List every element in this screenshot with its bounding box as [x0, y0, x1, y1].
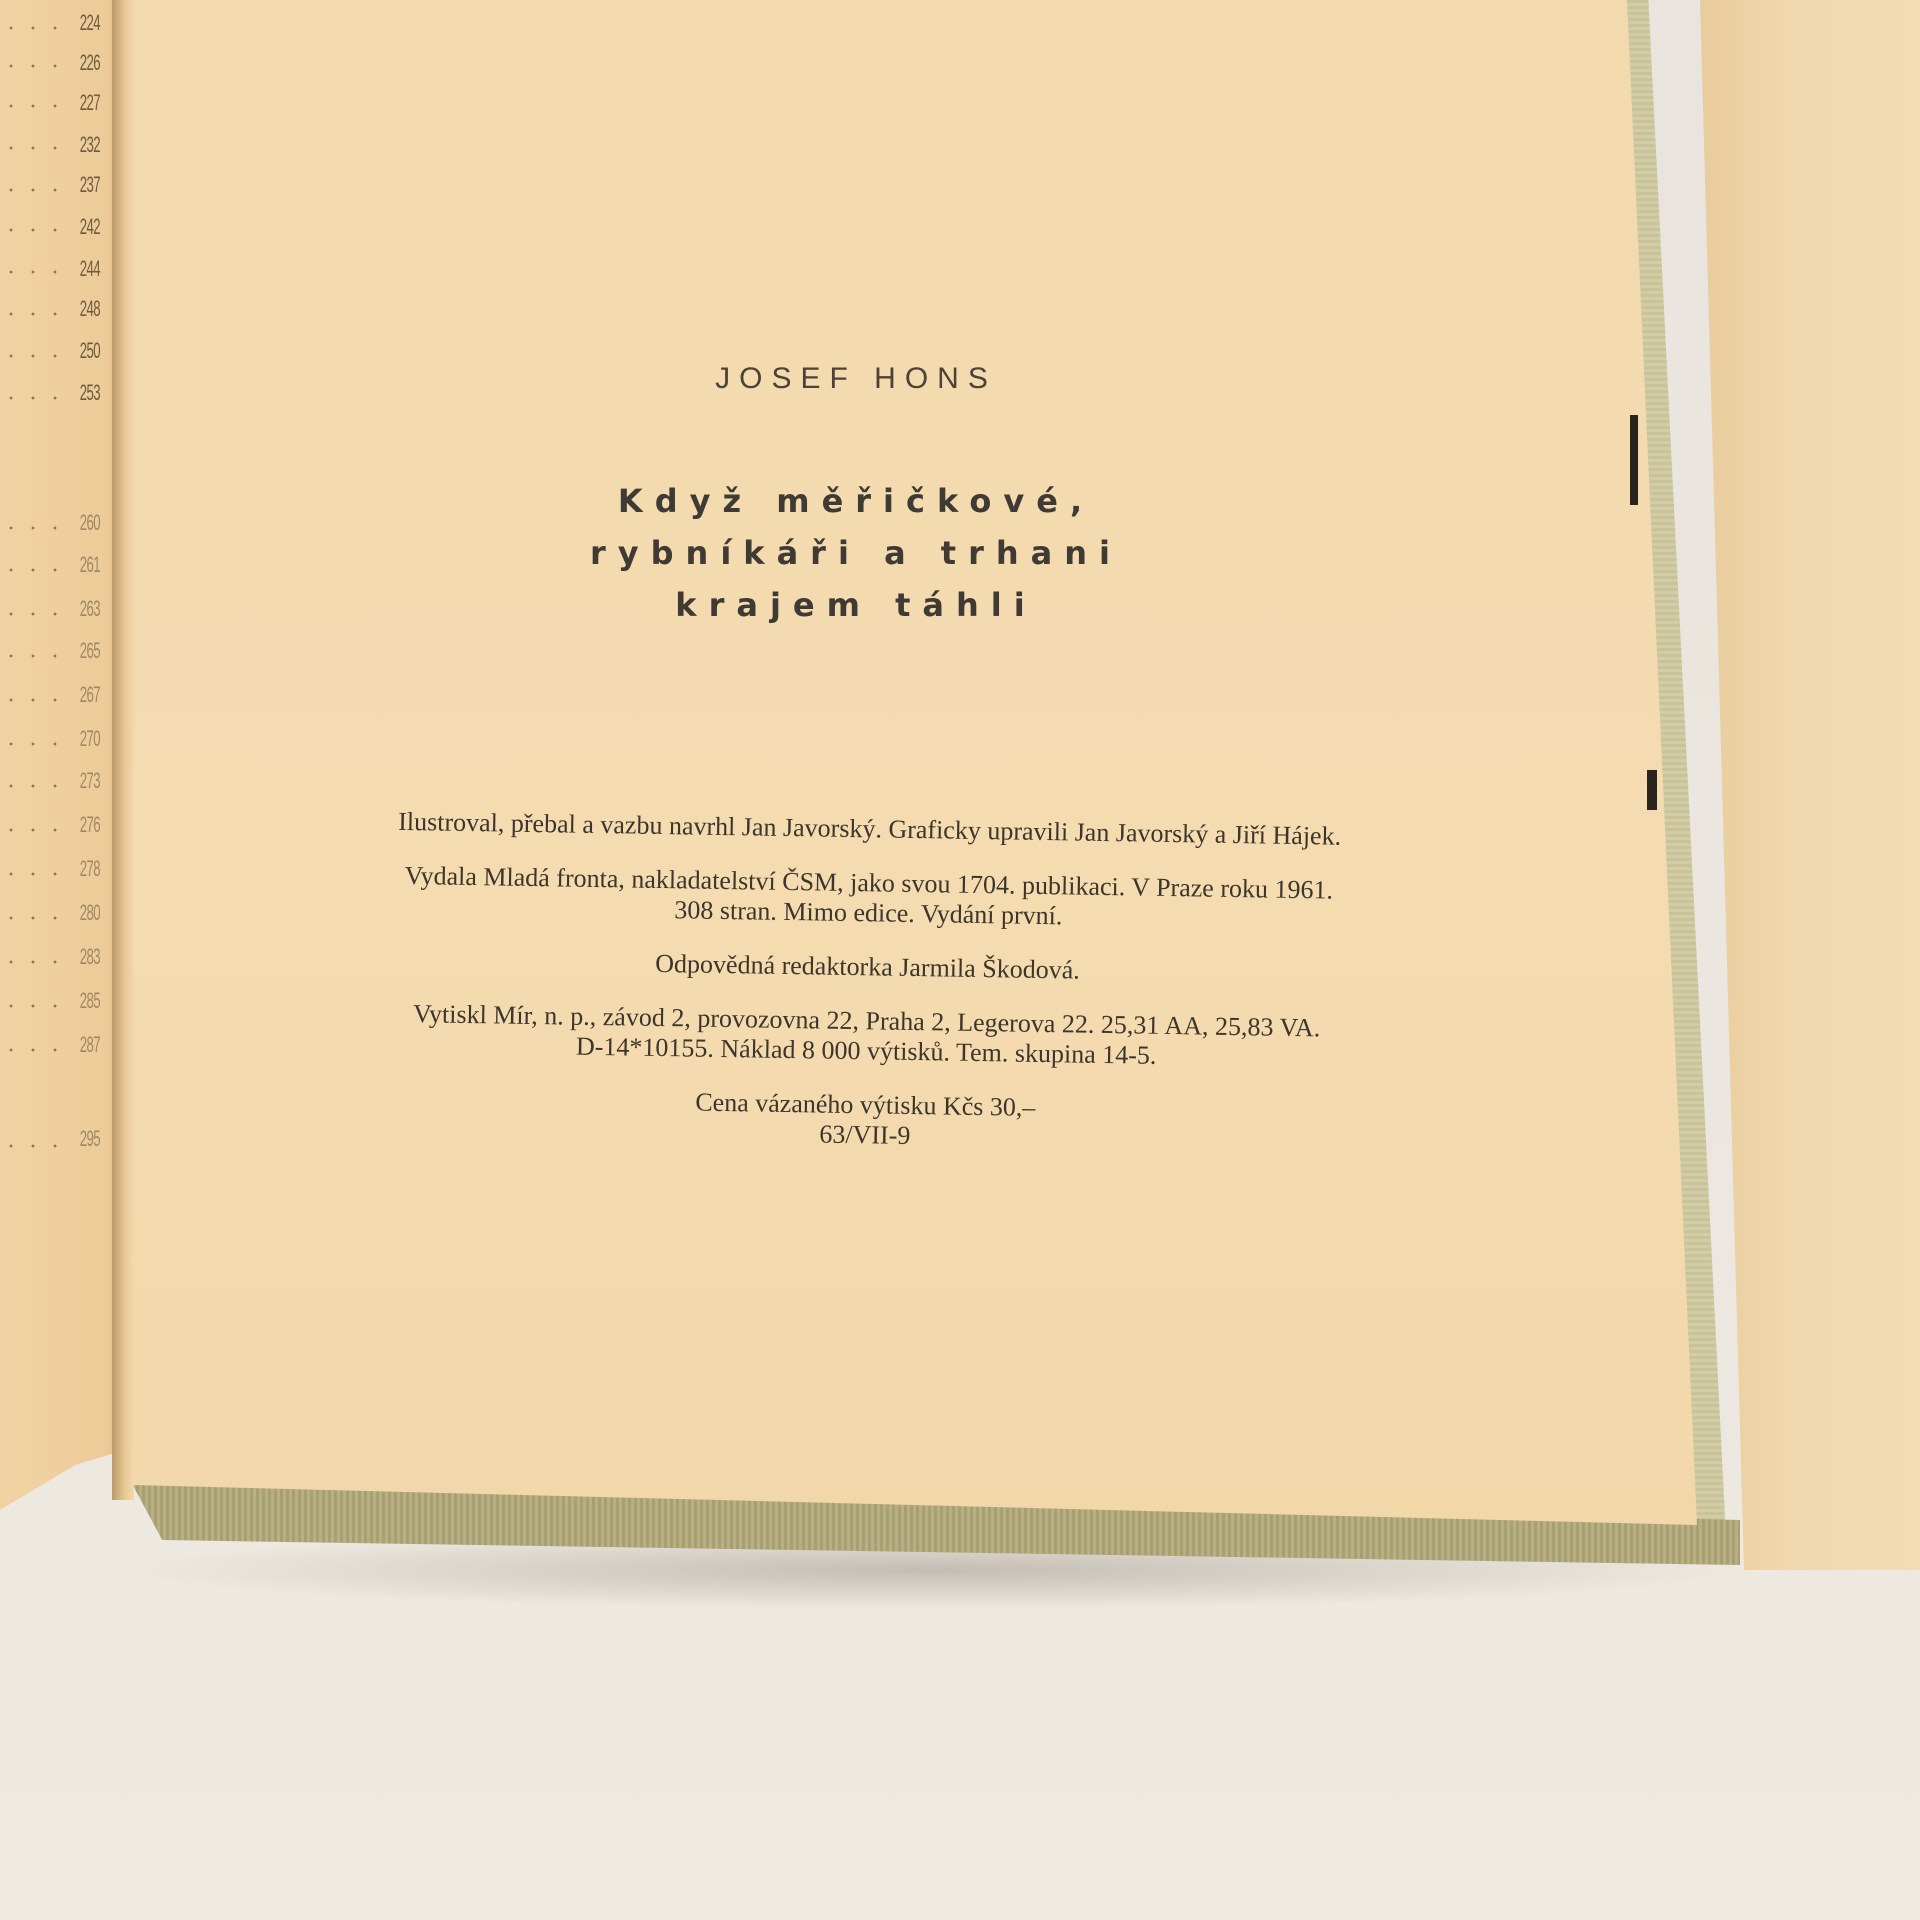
page-number: 273	[40, 768, 100, 798]
title-line: rybníkáři a trhani	[0, 527, 1712, 579]
page-number: 244	[40, 256, 100, 286]
title-line: Když měřičkové,	[0, 475, 1712, 527]
imprint-price-line1: Cena vázaného výtisku Kčs 30,–	[695, 1088, 1036, 1122]
page-number: 232	[40, 132, 100, 162]
book-photo: 224 226 227 232 237 242 244 248 250 253 …	[0, 0, 1920, 1920]
page-number: 237	[40, 172, 100, 202]
book-gutter	[112, 0, 134, 1500]
page-number: 295	[40, 1126, 100, 1156]
page-number: 276	[40, 812, 100, 842]
page-number: 265	[40, 638, 100, 668]
imprint-publisher: Vydala Mladá fronta, nakladatelství ČSM,…	[278, 859, 1459, 938]
imprint-price-line2: 63/VII-9	[819, 1120, 910, 1150]
imprint-block: Ilustroval, přebal a vazbu navrhl Jan Ja…	[274, 805, 1460, 1183]
imprint-price: Cena vázaného výtisku Kčs 30,– 63/VII-9	[275, 1081, 1456, 1160]
right-endpaper	[1700, 0, 1920, 1570]
title-line: krajem táhli	[0, 579, 1712, 631]
page-number: 270	[40, 726, 100, 756]
imprint-publisher-line2: 308 stran. Mimo edice. Vydání první.	[674, 895, 1062, 930]
page-number: 285	[40, 988, 100, 1018]
author-name: JOSEF HONS	[0, 362, 1712, 396]
page-number: 287	[40, 1032, 100, 1062]
imprint-editor: Odpovědná redaktorka Jarmila Škodová.	[277, 943, 1457, 992]
title-page	[122, 0, 1702, 1525]
show-through-mark	[1647, 770, 1657, 810]
page-number: 226	[40, 50, 100, 80]
page-number: 267	[40, 682, 100, 712]
page-number: 283	[40, 944, 100, 974]
contents-page: 224 226 227 232 237 242 244 248 250 253 …	[0, 0, 126, 1510]
page-number: 242	[40, 214, 100, 244]
book-title: Když měřičkové, rybníkáři a trhani kraje…	[0, 475, 1712, 631]
page-number: 280	[40, 900, 100, 930]
page-number: 248	[40, 296, 100, 326]
page-number: 278	[40, 856, 100, 886]
page-number: 227	[40, 90, 100, 120]
imprint-printer: Vytiskl Mír, n. p., závod 2, provozovna …	[276, 997, 1457, 1076]
page-number: 224	[40, 10, 100, 40]
